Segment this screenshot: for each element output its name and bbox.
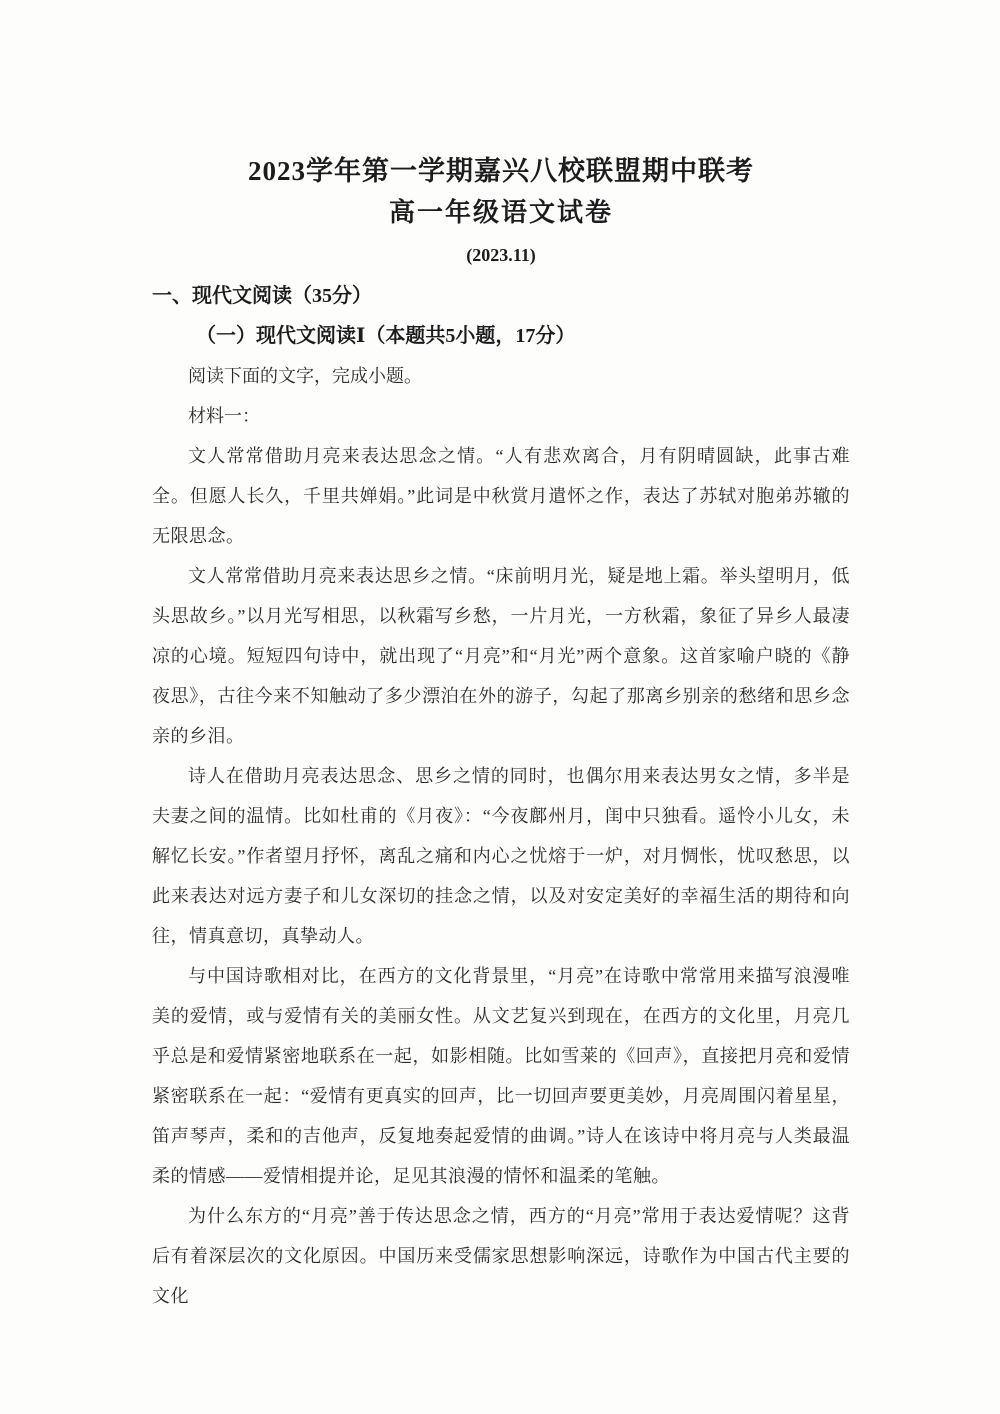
material-paragraph-2: 文人常常借助月亮来表达思乡之情。“床前明月光，疑是地上霜。举头望明月，低头思故乡…: [152, 556, 850, 756]
material-paragraph-4: 与中国诗歌相对比，在西方的文化背景里，“月亮”在诗歌中常常用来描写浪漫唯美的爱情…: [152, 956, 850, 1196]
material-one-label: 材料一：: [152, 396, 850, 436]
subsection-heading-reading-1: （一）现代文阅读Ⅰ（本题共5小题，17分）: [152, 316, 850, 356]
material-paragraph-3: 诗人在借助月亮表达思念、思乡之情的同时，也偶尔用来表达男女之情，多半是夫妻之间的…: [152, 756, 850, 956]
reading-instruction: 阅读下面的文字，完成小题。: [152, 356, 850, 396]
exam-subtitle: 高一年级语文试卷: [152, 192, 850, 234]
exam-title: 2023学年第一学期嘉兴八校联盟期中联考: [152, 150, 850, 192]
exam-date: (2023.11): [152, 234, 850, 276]
exam-paper-page: 2023学年第一学期嘉兴八校联盟期中联考 高一年级语文试卷 (2023.11) …: [0, 0, 1000, 1414]
material-paragraph-5: 为什么东方的“月亮”善于传达思念之情，西方的“月亮”常用于表达爱情呢？这背后有着…: [152, 1196, 850, 1316]
section-heading-modern-reading: 一、现代文阅读（35分）: [152, 276, 850, 316]
exam-paper-content: 2023学年第一学期嘉兴八校联盟期中联考 高一年级语文试卷 (2023.11) …: [152, 150, 850, 1316]
material-paragraph-1: 文人常常借助月亮来表达思念之情。“人有悲欢离合，月有阴晴圆缺，此事古难全。但愿人…: [152, 436, 850, 556]
